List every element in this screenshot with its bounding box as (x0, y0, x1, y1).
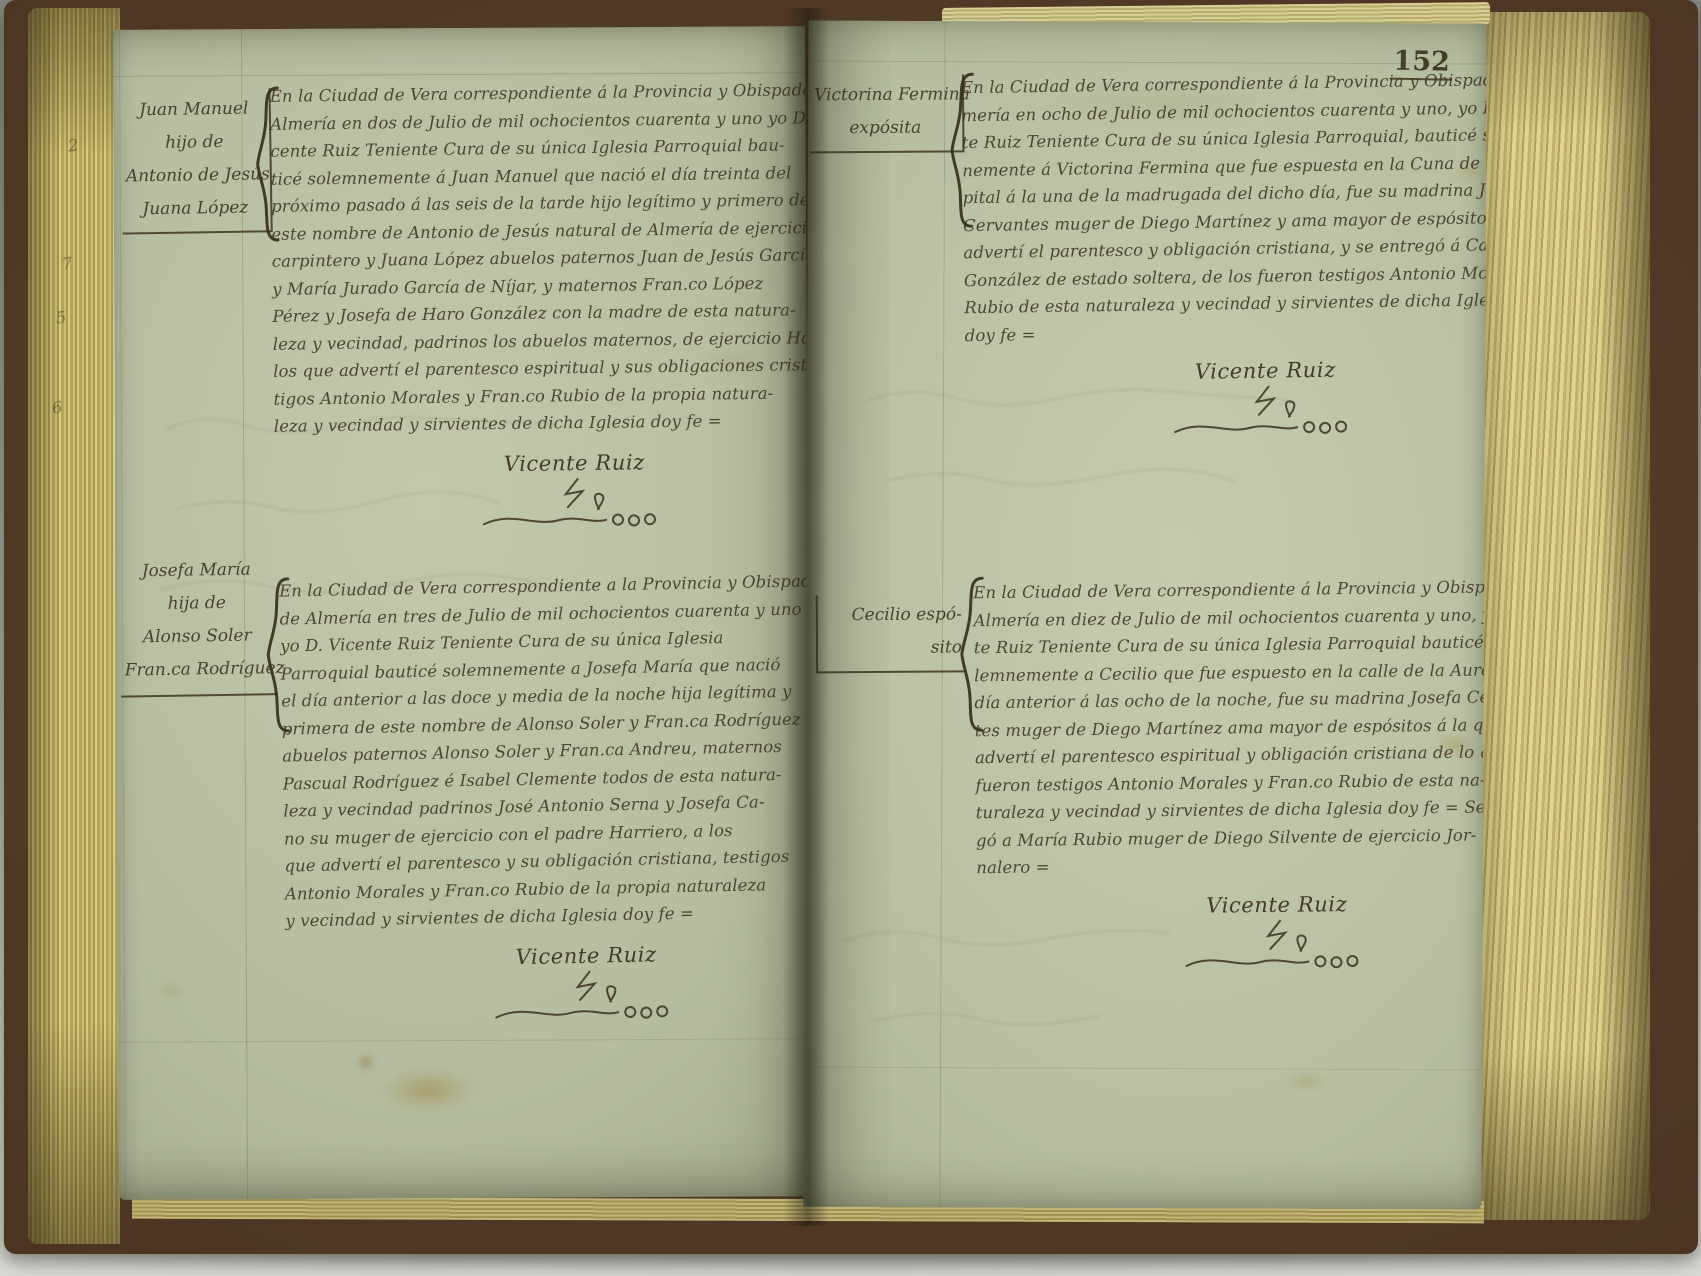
entry-margin-note: Cecilio espó-sito (816, 594, 964, 673)
margin-note-line: Alonso Soler (124, 619, 271, 654)
entry-body-text: En la Ciudad de Vera correspondiente á l… (270, 76, 804, 538)
manuscript-line: leza y vecindad y sirvientes de dicha Ig… (274, 406, 802, 440)
margin-note-line: Juan Manuel (125, 92, 264, 127)
signature-rubric-icon (479, 475, 670, 535)
edge-mark: 2 (67, 135, 80, 155)
signature-rubric-icon (491, 967, 682, 1029)
entry-margin-note: Victorina Ferminaexpósita (810, 74, 964, 153)
entry-body-text: En la Ciudad de Vera correspondiente á l… (973, 567, 1487, 979)
priest-signature: Vicente Ruiz (469, 449, 680, 536)
entry-margin-note: Josefa Maríahija deAlonso SolerFran.ca R… (119, 549, 277, 697)
margin-note-line: Victorina Fermina (814, 78, 956, 112)
edge-mark: 5 (55, 307, 68, 327)
priest-signature: Vicente Ruiz (1172, 891, 1383, 977)
register-entry: Josefa Maríahija deAlonso SolerFran.ca R… (116, 543, 803, 1030)
entry-body-text: En la Ciudad de Vera correspondiente a l… (278, 540, 807, 1033)
paper-stain (1284, 1073, 1330, 1091)
priest-signature: Vicente Ruiz (481, 941, 693, 1029)
signature-rubric-icon (1170, 383, 1361, 444)
book: 2756 Juan Manuelhijo deAntonio de JesúsJ… (4, 0, 1698, 1262)
margin-note-line: Josefa María (123, 553, 270, 588)
margin-note-line: sito (822, 631, 962, 665)
entry-body-text: En la Ciudad de Vera correspondiente á l… (961, 67, 1486, 448)
margin-note-line: Antonio de Jesús (126, 158, 265, 193)
signature-name: Vicente Ruiz (1172, 891, 1382, 917)
register-entry: Cecilio espó-sito En la Ciudad de Vera c… (804, 569, 1476, 978)
margin-note-line: Fran.ca Rodríguez (125, 652, 272, 687)
paper-stain (358, 1054, 374, 1070)
priest-signature: Vicente Ruiz (1160, 357, 1371, 444)
signature-name: Vicente Ruiz (481, 941, 691, 969)
signature-name: Vicente Ruiz (469, 449, 679, 476)
paper-stain (380, 1068, 476, 1113)
edge-mark: 6 (51, 397, 64, 417)
margin-note-line: Juana López (126, 191, 265, 226)
margin-note-line: expósita (814, 111, 956, 145)
margin-note-line: hijo de (125, 125, 264, 160)
register-entry: Victorina Ferminaexpósita En la Ciudad d… (807, 69, 1479, 445)
margin-note-line: hija de (123, 586, 270, 621)
register-entry: Juan Manuelhijo deAntonio de JesúsJuana … (113, 78, 799, 537)
manuscript-line: nalero = (976, 848, 1486, 881)
signature-name: Vicente Ruiz (1160, 357, 1370, 384)
entry-margin-note: Juan Manuelhijo deAntonio de JesúsJuana … (121, 88, 273, 234)
right-page: 152 Victorina Ferminaexpósita En la Ciud… (803, 21, 1486, 1210)
book-gutter (783, 8, 829, 1226)
left-page: Juan Manuelhijo deAntonio de JesúsJuana … (113, 26, 811, 1200)
photo-background: 2756 Juan Manuelhijo deAntonio de JesúsJ… (0, 0, 1701, 1276)
page-edges-right (1478, 12, 1650, 1220)
signature-rubric-icon (1182, 917, 1373, 977)
spine-margin-marks: 2756 (46, 108, 116, 688)
margin-note-line: Cecilio espó- (822, 598, 962, 632)
edge-mark: 7 (61, 253, 74, 273)
